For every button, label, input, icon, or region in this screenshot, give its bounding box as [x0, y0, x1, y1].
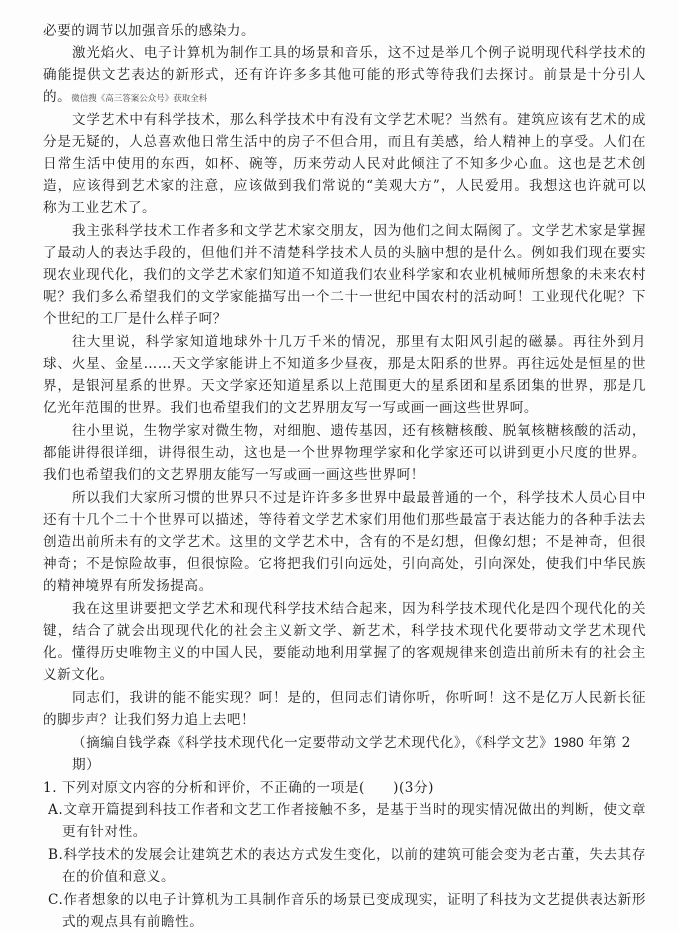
option-c: C.作者想象的以电子计算机为工具制作音乐的场景已变成现实，证明了科技为文艺提供表… [48, 889, 646, 911]
text-line: 现农业现代化，我们的文学艺术家们知道不知道我们农业科学家和农业机械师所想象的未来… [43, 264, 646, 286]
text-line: 还有十几个二十个世界可以描述，等待着文学艺术家们用他们那些最富于表达能力的各种手… [43, 509, 646, 531]
text-line: 神奇；不是惊险故事，但很惊险。它将把我们引向远处，引向高处，引向深处，使我们中华… [43, 553, 646, 575]
text-line: 我们也希望我们的文艺界朋友能写一写或画一画这些世界呵！ [43, 464, 646, 486]
source-citation-cont: 期） [72, 754, 675, 776]
option-c-cont: 式的观点具有前瞻性。 [62, 911, 646, 931]
text-line: 亿光年范围的世界。我们也希望我们的文艺界朋友写一写或画一画这些世界呵。 [43, 397, 646, 419]
text-line: 文学艺术中有科学技术，那么科学技术中有没有文学艺术呢？当然有。建筑应该有艺术的成 [72, 109, 646, 131]
text-line: 同志们，我讲的能不能实现？呵！是的，但同志们请你听，你听呵！这不是亿万人民新长征 [72, 687, 646, 709]
text-line: 我在这里讲要把文学艺术和现代科学技术结合起来，因为科学技术现代化是四个现代化的关 [72, 598, 646, 620]
option-text: 科学技术的发展会让建筑艺术的表达方式发生变化，以前的建筑可能会变为老古董，失去其… [63, 847, 646, 863]
option-label: A. [48, 802, 63, 818]
text-line: 日常生活中使用的东西，如杯、碗等，历来劳动人民对此倾注了不知多少心血。这也是艺术… [43, 153, 646, 175]
text-line: 的。微信搜《高三答案公众号》获取全科 [43, 86, 646, 108]
text-line: 化。懂得历史唯物主义的中国人民，要能动地利用掌握了的客观规律来创造出前所未有的社… [43, 642, 646, 664]
option-text: 作者想象的以电子计算机为工具制作音乐的场景已变成现实，证明了科技为文艺提供表达新… [63, 892, 646, 908]
option-a-cont: 更有针对性。 [62, 821, 646, 843]
watermark-text: 微信搜《高三答案公众号》获取全科 [71, 94, 207, 104]
option-label: B. [48, 847, 63, 863]
text-line: 的精神境界有所发扬提高。 [43, 575, 646, 597]
text-line: 分是无疑的，人总喜欢他日常生活中的房子不但合用，而且有美感，给人精神上的享受。人… [43, 131, 646, 153]
text-line: 的脚步声？让我们努力追上去吧！ [43, 709, 646, 731]
text-line: 造，应该得到艺术家的注意，应该做到我们常说的“美观大方”，人民爱用。我想这也许就… [43, 175, 646, 197]
text-fragment: 的。 [43, 89, 71, 105]
option-b-cont: 在的价值和意义。 [62, 866, 646, 888]
text-line: 往大里说，科学家知道地球外十几万千米的情况，那里有太阳风引起的磁暴。再往外到月 [72, 331, 646, 353]
text-line: 了最动人的表达手段的，但他们并不清楚科学技术人员的头脑中想的是什么。例如我们现在… [43, 242, 646, 264]
text-line: 个世纪的工厂是什么样子呵？ [43, 308, 646, 330]
text-line: 球、火星、金星……天文学家能讲上不知道多少昼夜，那是太阳系的世界。再往远处是恒星… [43, 353, 646, 375]
text-line: 往小里说，生物学家对微生物，对细胞、遗传基因，还有核糖核酸、脱氧核糖核酸的活动， [72, 420, 646, 442]
option-b: B.科学技术的发展会让建筑艺术的表达方式发生变化，以前的建筑可能会变为老古董，失… [48, 844, 646, 866]
text-line: 必要的调节以加强音乐的感染力。 [43, 20, 646, 42]
text-line: 呢？我们多么希望我们的文学家能描写出一个二十一世纪中国农村的活动呵！工业现代化呢… [43, 286, 646, 308]
exam-page: 必要的调节以加强音乐的感染力。 激光焰火、电子计算机为制作工具的场景和音乐，这不… [0, 0, 679, 931]
text-line: 界，是银河星系的世界。天文学家还知道星系以上范围更大的星系团和星系团集的世界，那… [43, 375, 646, 397]
citation-year: 1980 [553, 735, 583, 750]
text-line: 所以我们大家所习惯的世界只不过是许许多多世界中最最普通的一个，科学技术人员心目中 [72, 487, 646, 509]
question-stem: 1. 下列对原文内容的分析和评价，不正确的一项是( )(3分) [43, 777, 646, 799]
text-line: 义新文化。 [43, 664, 646, 686]
text-line: 确能提供文艺表达的新形式，还有许许多多其他可能的形式等待我们去探讨。前景是十分引… [43, 64, 646, 86]
text-line: 称为工业艺术了。 [43, 197, 646, 219]
option-text: 文章开篇提到科技工作者和文艺工作者接触不多，是基于当时的现实情况做出的判断，使文… [63, 802, 646, 818]
text-line: 激光焰火、电子计算机为制作工具的场景和音乐，这不过是举几个例子说明现代科学技术的 [72, 42, 646, 64]
source-citation: （摘编自钱学森《科学技术现代化一定要带动文学艺术现代化》，《科学文艺》1980 … [72, 732, 646, 754]
option-label: C. [48, 892, 63, 908]
citation-text: （摘编自钱学森《科学技术现代化一定要带动文学艺术现代化》，《科学文艺》 [72, 735, 553, 751]
citation-issue: 年第 2 [589, 735, 631, 751]
text-line: 键，结合了就会出现现代化的社会主义新文学、新艺术，科学技术现代化要带动文学艺术现… [43, 620, 646, 642]
option-a: A.文章开篇提到科技工作者和文艺工作者接触不多，是基于当时的现实情况做出的判断，… [48, 799, 646, 821]
text-line: 我主张科学技术工作者多和文学艺术家交朋友，因为他们之间太隔阂了。文学艺术家是掌握 [72, 220, 646, 242]
text-line: 创造出前所未有的文学艺术。这里的文学艺术中，含有的不是幻想，但像幻想；不是神奇，… [43, 531, 646, 553]
text-line: 都能讲得很详细，讲得很生动，这也是一个世界物理学家和化学家还可以讲到更小尺度的世… [43, 442, 646, 464]
